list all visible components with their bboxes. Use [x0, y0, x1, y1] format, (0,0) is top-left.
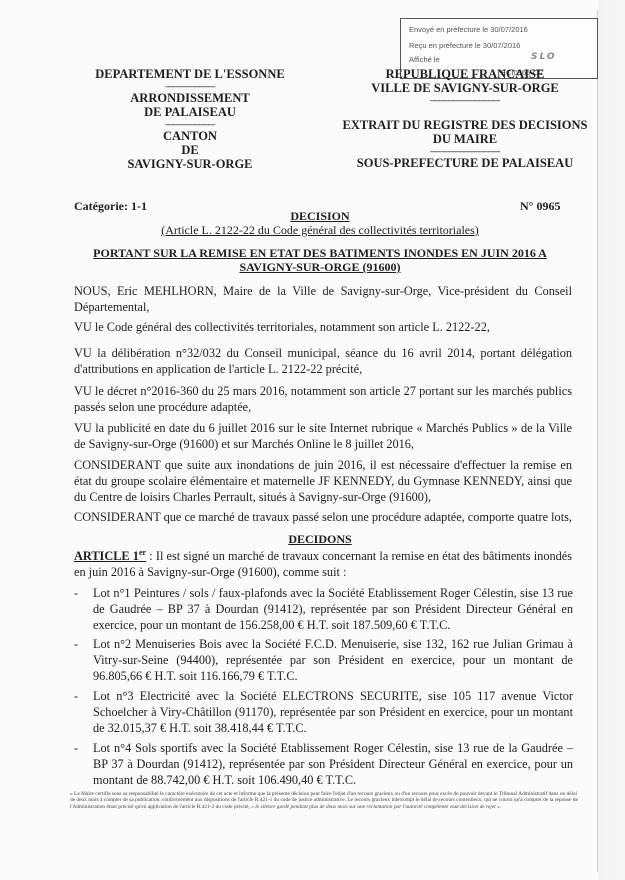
separator: ----------------------------	[320, 95, 610, 105]
paragraph-vu-publicite: VU la publicité en date du 6 juillet 201…	[74, 420, 572, 452]
arrondissement-name: DE PALAISEAU	[60, 105, 320, 119]
paragraph-nous: NOUS, Eric MEHLHORN, Maire de la Ville d…	[74, 283, 572, 315]
separator: --------------------	[60, 81, 320, 91]
decision-title: DECISION	[60, 209, 580, 224]
registry-extract: EXTRAIT DU REGISTRE DES DECISIONS	[320, 118, 610, 132]
legal-basis: (Article L. 2122-22 du Code général des …	[60, 223, 580, 238]
header-right: REPUBLIQUE FRANCAISE VILLE DE SAVIGNY-SU…	[320, 67, 610, 170]
registry-extract-mayor: DU MAIRE	[320, 132, 610, 146]
arrondissement: ARRONDISSEMENT	[60, 91, 320, 105]
department: DEPARTEMENT DE L'ESSONNE	[60, 67, 320, 81]
separator: --------------------	[60, 119, 320, 129]
canton-name: SAVIGNY-SUR-ORGE	[60, 157, 320, 171]
lot-2: -Lot n°2 Menuiseries Bois avec la Sociét…	[93, 636, 573, 684]
stamp-logo-icon: SLO	[531, 52, 557, 62]
article-1-label: ARTICLE 1er	[74, 549, 146, 563]
paragraph-vu-code: VU le Code général des collectivités ter…	[74, 319, 572, 335]
header-left: DEPARTEMENT DE L'ESSONNE ---------------…	[60, 67, 320, 171]
legal-footnote: « Le Maire certifie sous sa responsabili…	[70, 791, 580, 810]
stamp-posted: Affiché le	[409, 55, 440, 64]
lot-1: -Lot n°1 Peintures / sols / faux-plafond…	[93, 585, 573, 633]
separator: ----------------------------	[320, 146, 610, 156]
canton-de: DE	[60, 143, 320, 157]
city: VILLE DE SAVIGNY-SUR-ORGE	[320, 81, 610, 95]
lot-4: -Lot n°4 Sols sportifs avec la Société E…	[93, 740, 573, 788]
canton: CANTON	[60, 129, 320, 143]
paragraph-considerant-1: CONSIDERANT que suite aux inondations de…	[74, 457, 572, 505]
stamp-received: Reçu en préfecture le 30/07/2016	[409, 41, 520, 50]
article-1: ARTICLE 1er : Il est signé un marché de …	[74, 545, 572, 580]
article-1-text: : Il est signé un marché de travaux conc…	[74, 549, 572, 579]
republic: REPUBLIQUE FRANCAISE	[320, 67, 610, 81]
stamp-sent: Envoyé en préfecture le 30/07/2016	[409, 25, 528, 34]
subject-line-1: PORTANT SUR LA REMISE EN ETAT DES BATIME…	[60, 246, 580, 261]
paragraph-vu-deliberation: VU la délibération n°32/032 du Conseil m…	[74, 345, 572, 377]
lot-3: -Lot n°3 Electricité avec la Société ELE…	[93, 688, 573, 736]
sub-prefecture: SOUS-PREFECTURE DE PALAISEAU	[320, 156, 610, 170]
paragraph-considerant-2: CONSIDERANT que ce marché de travaux pas…	[74, 509, 572, 525]
paragraph-vu-decret: VU le décret n°2016-360 du 25 mars 2016,…	[74, 383, 572, 415]
subject-line-2: SAVIGNY-SUR-ORGE (91600)	[60, 260, 580, 275]
